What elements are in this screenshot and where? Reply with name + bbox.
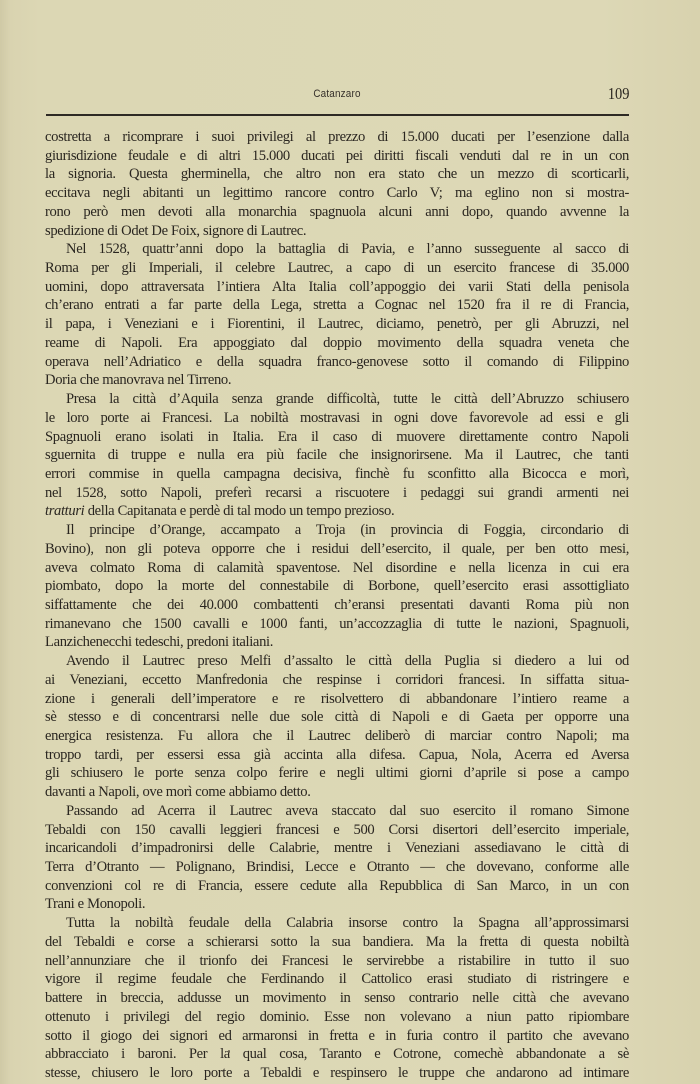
text-line: uomini, dopo attraversata l’intiera Alta… [45, 278, 629, 297]
text-line: Tutta la nobiltà feudale della Calabria … [45, 914, 629, 933]
text-line: Roma per gli Imperiali, il celebre Lautr… [45, 259, 629, 278]
text-line: costretta a ricomprare i suoi privilegi … [45, 128, 629, 147]
text-line-with-italic: tratturi della Capitanata e perdè di tal… [45, 502, 629, 521]
text-line: la signoria. Questa gherminella, che alt… [45, 165, 629, 184]
text-line: Spagnuoli erano isolati in Italia. Era i… [45, 428, 629, 447]
text-line: ch’erano entrati a far parte della Lega,… [45, 296, 629, 315]
text-line: vigore il regime feudale che Ferdinando … [45, 970, 629, 989]
text-line: abbracciato i baroni. Per la qual cosa, … [45, 1045, 629, 1064]
body-text: costretta a ricomprare i suoi privilegi … [45, 128, 629, 1083]
paper-speck [228, 1050, 230, 1053]
text-line: aveva colmato Roma di calamità spaventos… [45, 559, 629, 578]
text-line: Terra d’Otranto — Polignano, Brindisi, L… [45, 858, 629, 877]
text-line: nel 1528, sotto Napoli, preferì recarsi … [45, 484, 629, 503]
text-line: Avendo il Lautrec preso Melfi d’assalto … [45, 652, 629, 671]
text-line: Doria che manovrava nel Tirreno. [45, 371, 629, 390]
running-title: Catanzaro [74, 88, 600, 100]
text-line: sotto il giogo dei signori ed armaronsi … [45, 1027, 629, 1046]
text-line: incaricandoli d’impadronirsi delle Calab… [45, 839, 629, 858]
running-head: Catanzaro 109 [45, 84, 629, 110]
text-line: ottenuto i privilegi del regio dominio. … [45, 1008, 629, 1027]
text-line: ai Veneziani, eccetto Manfredonia che re… [45, 671, 629, 690]
text-line: Passando ad Acerra il Lautrec aveva stac… [45, 802, 629, 821]
text-line: reame di Napoli. Era appoggiato dal dopp… [45, 334, 629, 353]
text-line: sguernita di truppe e nulla era più faci… [45, 446, 629, 465]
text-line: troppo tardi, per essersi essa già accin… [45, 746, 629, 765]
text-line: nell’annunziare che il trionfo dei Franc… [45, 952, 629, 971]
text-line: Il principe d’Orange, accampato a Troja … [45, 521, 629, 540]
text-line: Trani e Monopoli. [45, 895, 629, 914]
text-line: Tebaldi con 150 cavalli leggieri frances… [45, 821, 629, 840]
text-line: giurisdizione feudale e di altri 15.000 … [45, 147, 629, 166]
book-page: Catanzaro 109 costretta a ricomprare i s… [0, 0, 700, 1084]
text-line: davanti a Napoli, ove morì come abbiamo … [45, 783, 629, 802]
text-line: rono però men devoti alla monarchia spag… [45, 203, 629, 222]
text-line: eccitava negli abitanti un legittimo ran… [45, 184, 629, 203]
italic-term: tratturi [45, 503, 84, 519]
text-line: del Tebaldi e corse a schierarsi sotto l… [45, 933, 629, 952]
text-line: il papa, i Veneziani e i Fiorentini, il … [45, 315, 629, 334]
page-number: 109 [607, 84, 629, 104]
text-line: energica resistenza. Fu allora che il La… [45, 727, 629, 746]
text-line: operava nell’Adriatico e della squadra f… [45, 353, 629, 372]
text-line: Nel 1528, quattr’anni dopo la battaglia … [45, 240, 629, 259]
text-line: siffattamente che dei 40.000 combattenti… [45, 596, 629, 615]
text-line: spedizione di Odet De Foix, signore di L… [45, 222, 629, 241]
text-line: battere in breccia, addusse un movimento… [45, 989, 629, 1008]
text-line: rimanevano che 1500 cavalli e 1000 fanti… [45, 615, 629, 634]
text-line: Lanzichenecchi tedeschi, predoni italian… [45, 633, 629, 652]
text-line: sè stesso e di concentrarsi nelle due so… [45, 708, 629, 727]
text-line: le loro porte ai Francesi. La nobiltà mo… [45, 409, 629, 428]
text-line: errori commise in quella campagna decisi… [45, 465, 629, 484]
text-line: Presa la città d’Aquila senza grande dif… [45, 390, 629, 409]
text-line: Bovino), non gli poteva opporre che i re… [45, 540, 629, 559]
text-line: piombato, dopo la morte del connestabile… [45, 577, 629, 596]
text-line: stesse, chiusero le loro porte a Tebaldi… [45, 1064, 629, 1083]
header-rule [46, 114, 629, 116]
text-line: convenzioni col re di Francia, essere ce… [45, 877, 629, 896]
text-line-rest: della Capitanata e perdè di tal modo un … [88, 503, 395, 519]
text-line: zione i generali dell’imperatore e re ri… [45, 690, 629, 709]
text-line: gli schiusero le porte senza colpo ferir… [45, 764, 629, 783]
